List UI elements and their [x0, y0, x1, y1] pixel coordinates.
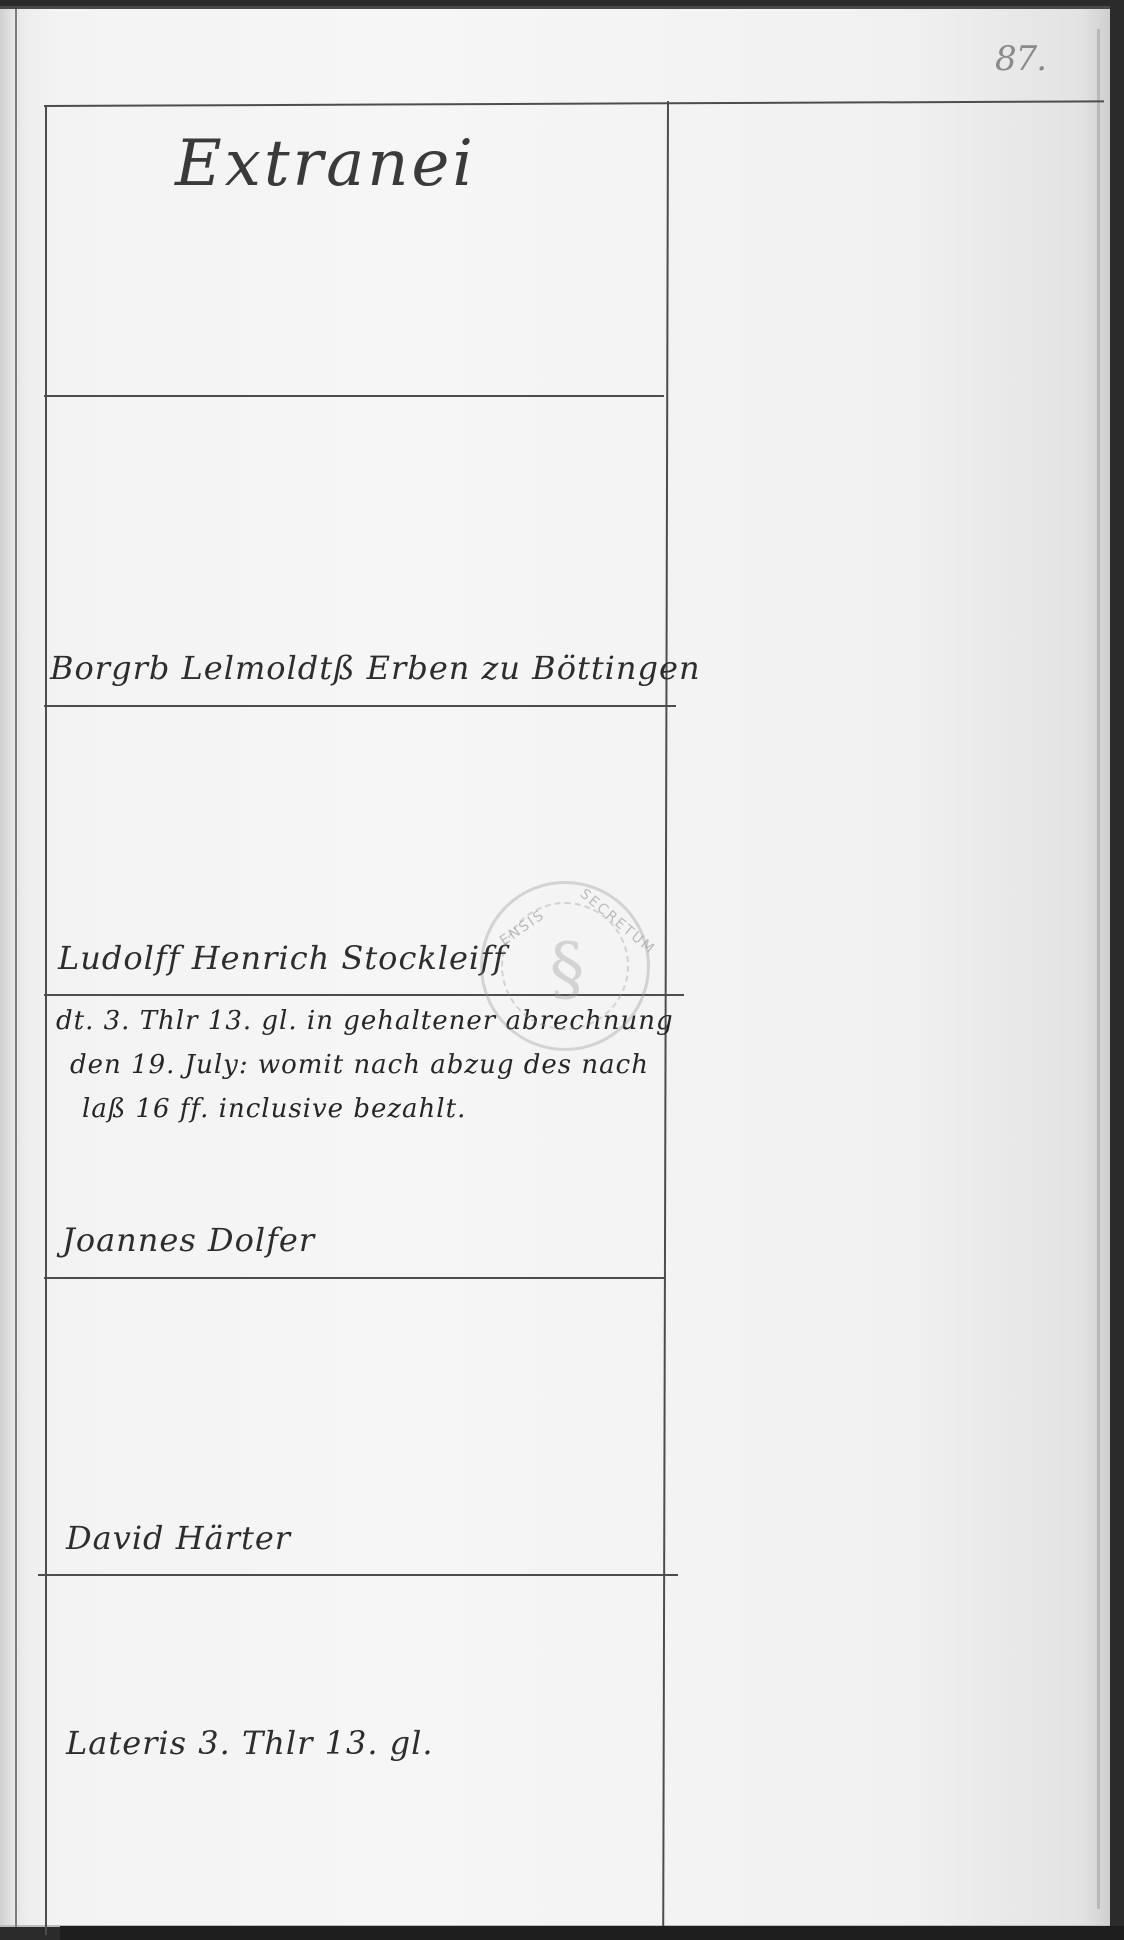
entry-name: David Härter — [66, 1519, 291, 1557]
heading-rule — [44, 395, 664, 397]
entry-note-line: laß 16 ff. inclusive bezahlt. — [82, 1087, 466, 1131]
scanned-ledger-page: 87. Extranei Borgrb Lelmoldtß Erben zu B… — [0, 0, 1124, 1940]
page-edge — [1097, 29, 1100, 1909]
entry-4-rule — [38, 1574, 678, 1576]
left-column-rule — [45, 105, 47, 1935]
stamp-emblem-icon: § — [535, 934, 599, 1004]
top-rule — [44, 100, 1104, 107]
binding-edge — [15, 9, 17, 1927]
entry-1-rule — [44, 705, 676, 707]
entry-name: Ludolff Henrich Stockleiff — [58, 939, 506, 977]
archive-seal-stamp: ENSIS SECRETUM § — [480, 881, 650, 1051]
page-total: Lateris 3. Thlr 13. gl. — [66, 1724, 434, 1762]
page-number: 87. — [995, 39, 1046, 79]
scan-bottom-shadow — [60, 1926, 1124, 1940]
section-heading: Extranei — [175, 127, 476, 201]
ledger-page: 87. Extranei Borgrb Lelmoldtß Erben zu B… — [0, 6, 1110, 1927]
entry-name: Joannes Dolfer — [62, 1221, 315, 1259]
entry-3-rule — [44, 1277, 666, 1279]
entry-name: Borgrb Lelmoldtß Erben zu Böttingen — [50, 649, 701, 687]
